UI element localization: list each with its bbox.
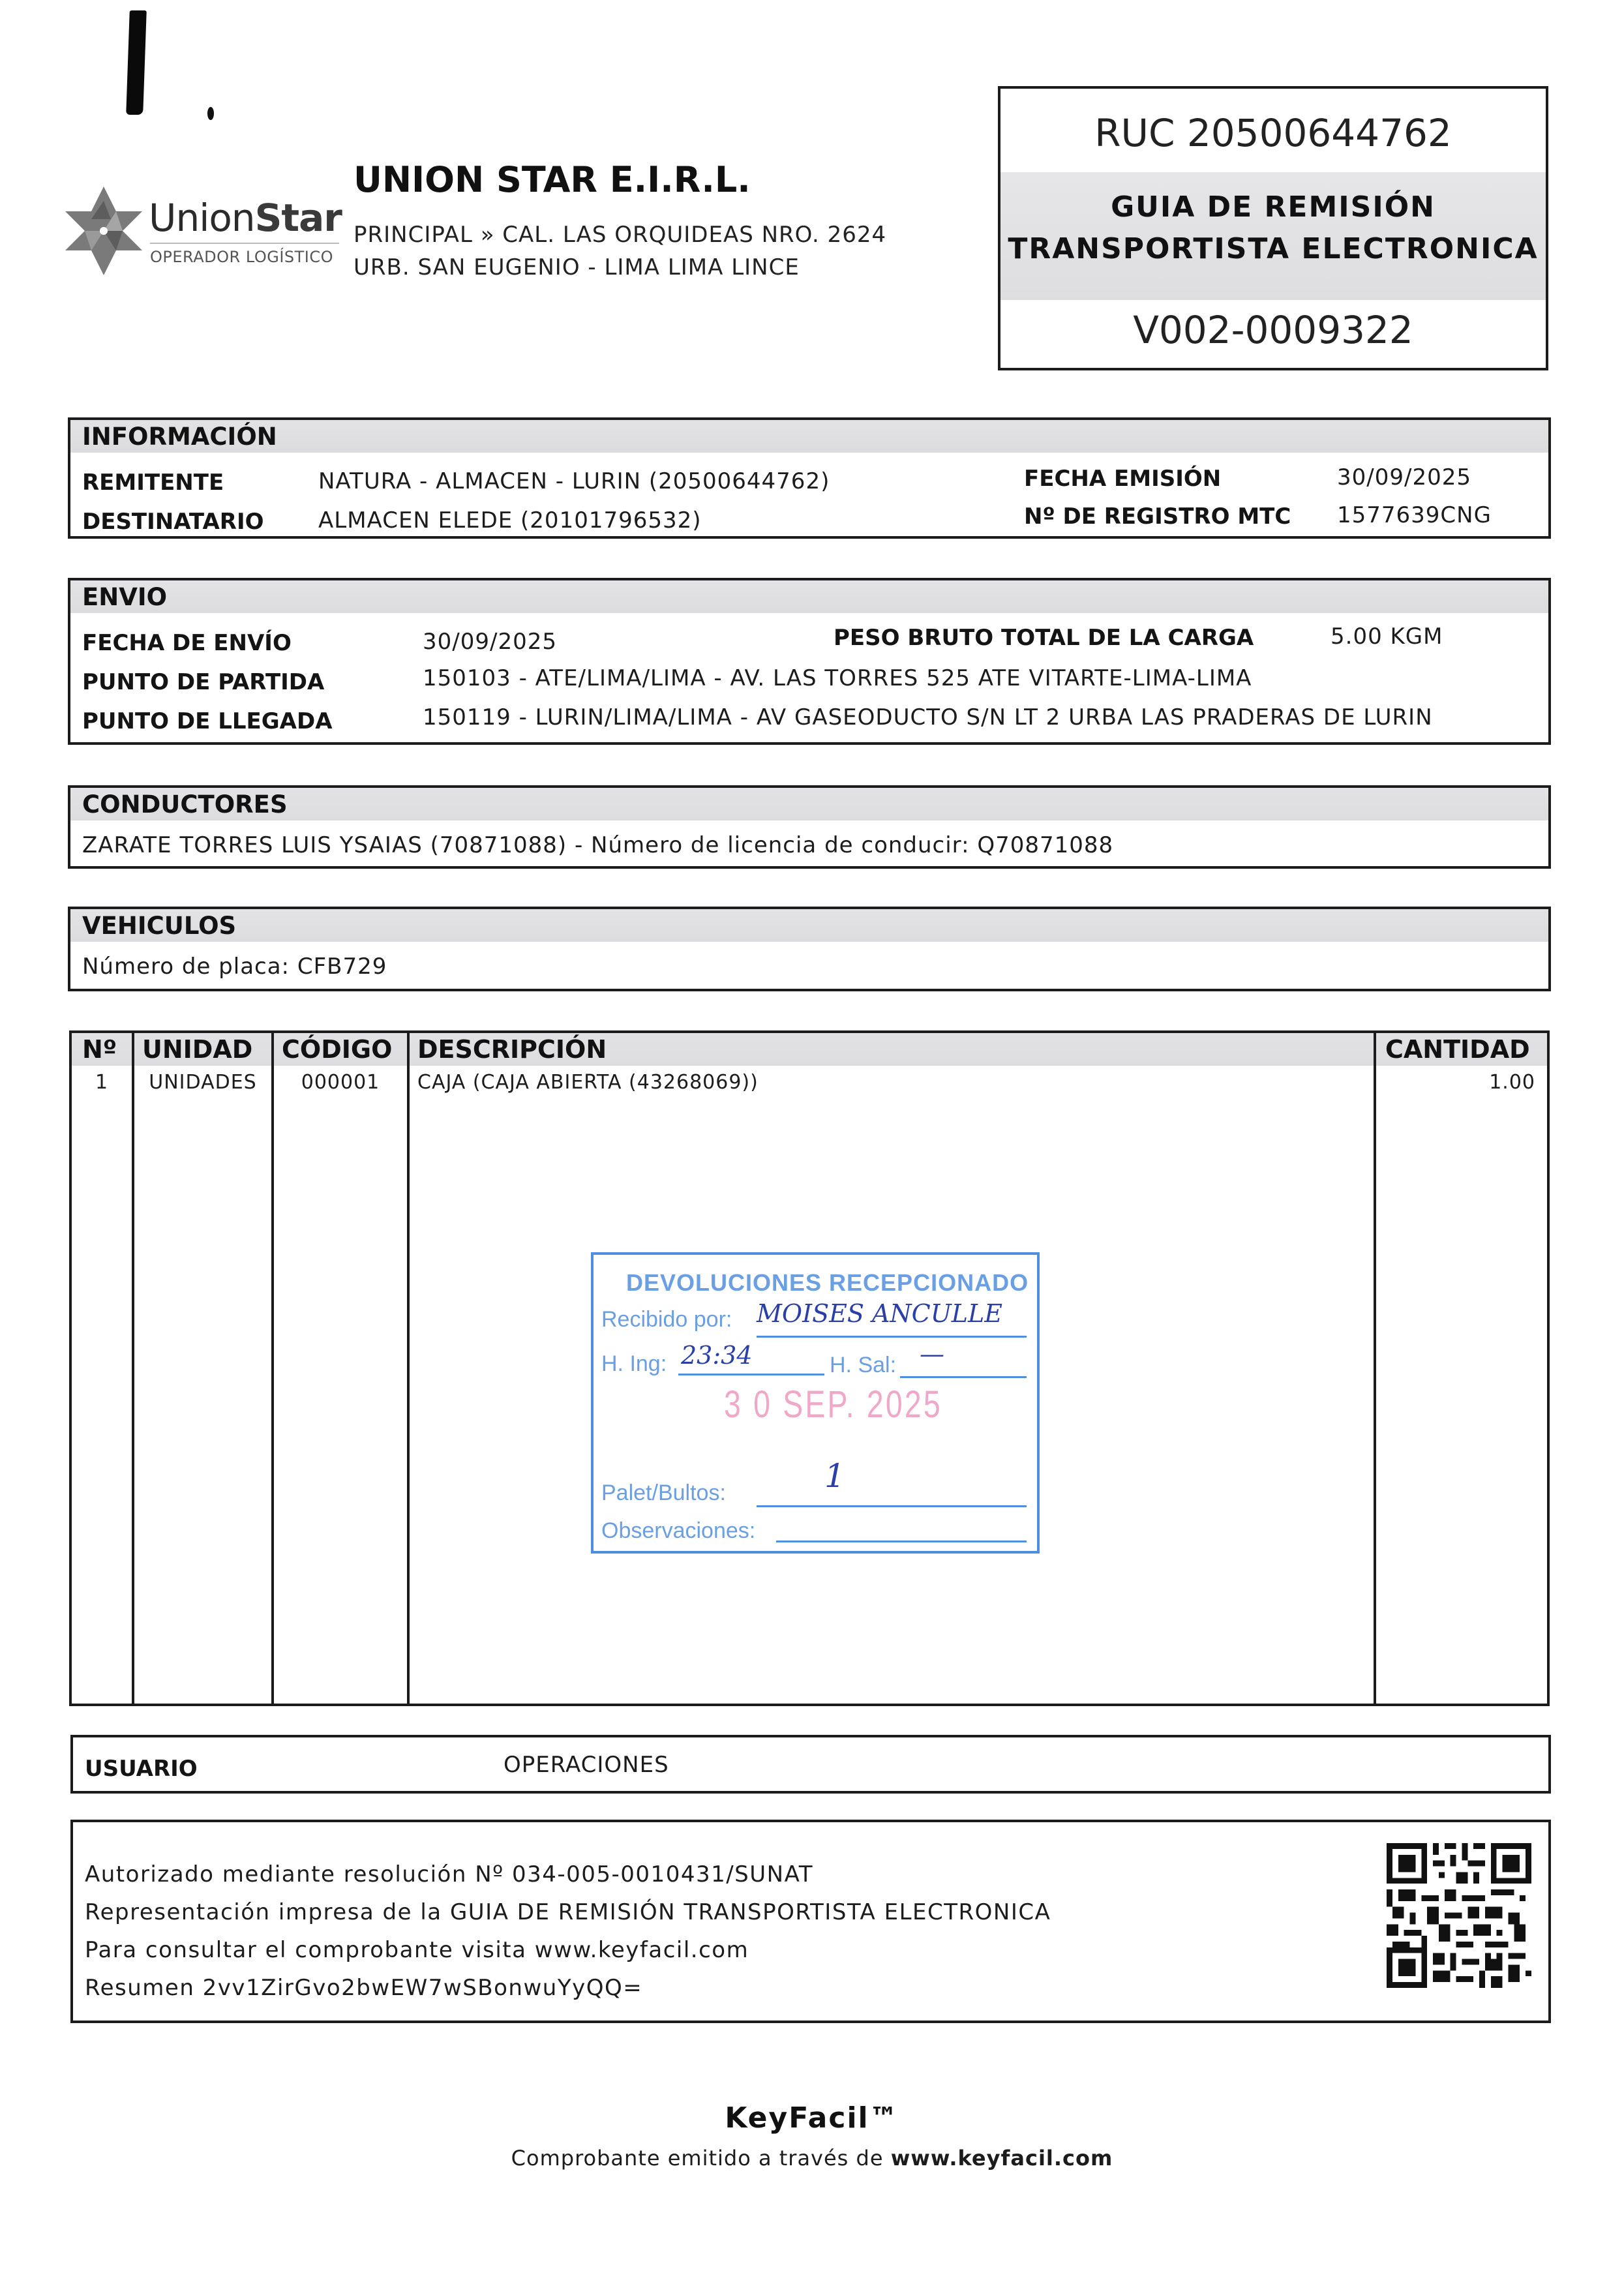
address-line-1: PRINCIPAL » CAL. LAS ORQUIDEAS NRO. 2624: [353, 218, 886, 251]
informacion-section: INFORMACIÓN REMITENTE NATURA - ALMACEN -…: [68, 417, 1551, 539]
column-divider: [1374, 1033, 1376, 1704]
fecha-envio-value: 30/09/2025: [423, 629, 557, 655]
legal-consult: Para consultar el comprobante visita www…: [85, 1937, 749, 1963]
document-id-box: RUC 20500644762 GUIA DE REMISIÓN TRANSPO…: [998, 86, 1548, 370]
placa-line: Número de placa: CFB729: [82, 954, 387, 980]
emitted-prefix: Comprobante emitido a través de: [511, 2146, 891, 2171]
document-title: GUIA DE REMISIÓN TRANSPORTISTA ELECTRONI…: [1000, 187, 1546, 270]
logo-wordmark-light: Union: [149, 196, 255, 240]
fecha-emision-label: FECHA EMISIÓN: [1024, 466, 1221, 492]
fecha-emision-value: 30/09/2025: [1337, 464, 1471, 490]
usuario-label: USUARIO: [85, 1756, 198, 1782]
column-divider: [407, 1033, 410, 1704]
stamp-hing-value: 23:34: [681, 1341, 753, 1370]
reception-stamp: DEVOLUCIONES RECEPCIONADO Recibido por: …: [591, 1252, 1040, 1554]
stamp-bultos-label: Palet/Bultos:: [601, 1480, 726, 1506]
keyfacil-brand: KeyFacil™: [0, 2101, 1624, 2135]
logo-tagline: OPERADOR LOGÍSTICO: [150, 248, 333, 266]
partida-label: PUNTO DE PARTIDA: [82, 669, 324, 695]
stamp-underline: [900, 1376, 1027, 1378]
envio-header: ENVIO: [70, 580, 1548, 613]
cell-codigo: 000001: [274, 1071, 407, 1094]
qr-code-icon[interactable]: [1387, 1843, 1531, 1988]
fecha-envio-label: FECHA DE ENVÍO: [82, 630, 292, 656]
stamp-underline: [678, 1374, 824, 1375]
stamp-hsal-label: H. Sal:: [830, 1353, 896, 1378]
stamp-date: 3 0 SEP. 2025: [724, 1383, 942, 1426]
stamp-recibido-label: Recibido por:: [601, 1307, 732, 1332]
usuario-section: USUARIO OPERACIONES: [70, 1735, 1551, 1794]
header-n: Nº: [82, 1033, 117, 1066]
envio-section: ENVIO FECHA DE ENVÍO 30/09/2025 PESO BRU…: [68, 578, 1551, 745]
destinatario-value: ALMACEN ELEDE (20101796532): [318, 507, 702, 533]
company-name: UNION STAR E.I.R.L.: [353, 159, 751, 200]
conductores-section: CONDUCTORES ZARATE TORRES LUIS YSAIAS (7…: [68, 785, 1551, 869]
document-serie: V002-0009322: [1000, 308, 1546, 352]
scan-mark: [207, 107, 214, 120]
legal-section: Autorizado mediante resolución Nº 034-00…: [70, 1820, 1551, 2023]
address-line-2: URB. SAN EUGENIO - LIMA LIMA LINCE: [353, 251, 886, 284]
header-unidad: UNIDAD: [142, 1033, 252, 1066]
star-logo-icon: [65, 187, 142, 275]
vehiculos-header: VEHICULOS: [70, 909, 1548, 942]
partida-value: 150103 - ATE/LIMA/LIMA - AV. LAS TORRES …: [423, 665, 1252, 691]
destinatario-label: DESTINATARIO: [82, 509, 264, 535]
peso-value: 5.00 KGM: [1331, 624, 1443, 650]
cell-unidad: UNIDADES: [134, 1071, 271, 1094]
informacion-header: INFORMACIÓN: [70, 420, 1548, 453]
document-title-line-2: TRANSPORTISTA ELECTRONICA: [1000, 228, 1546, 270]
header-cantidad: CANTIDAD: [1385, 1033, 1530, 1066]
company-address: PRINCIPAL » CAL. LAS ORQUIDEAS NRO. 2624…: [353, 218, 886, 284]
stamp-hsal-value: —: [920, 1340, 944, 1368]
scan-mark: [126, 10, 147, 115]
stamp-recibido-value: MOISES ANCULLE: [757, 1299, 1002, 1328]
stamp-obs-label: Observaciones:: [601, 1518, 755, 1544]
company-logo: UnionStar OPERADOR LOGÍSTICO: [65, 187, 339, 278]
stamp-underline: [757, 1336, 1027, 1338]
stamp-underline: [776, 1540, 1027, 1542]
header-descripcion: DESCRIPCIÓN: [417, 1033, 607, 1066]
legal-resumen: Resumen 2vv1ZirGvo2bwEW7wSBonwuYyQQ=: [85, 1975, 642, 2001]
column-divider: [271, 1033, 274, 1704]
logo-wordmark-bold: Star: [255, 196, 342, 240]
cell-n: 1: [72, 1071, 132, 1094]
header-codigo: CÓDIGO: [282, 1033, 392, 1066]
cell-descripcion: CAJA (CAJA ABIERTA (43268069)): [417, 1071, 759, 1094]
llegada-label: PUNTO DE LLEGADA: [82, 708, 333, 734]
stamp-bultos-value: 1: [824, 1457, 845, 1495]
legal-resolution: Autorizado mediante resolución Nº 034-00…: [85, 1861, 813, 1887]
registro-mtc-value: 1577639CNG: [1337, 502, 1492, 528]
logo-wordmark: UnionStar: [149, 196, 342, 240]
remitente-label: REMITENTE: [82, 470, 224, 496]
vehiculos-section: VEHICULOS Número de placa: CFB729: [68, 907, 1551, 991]
document-title-line-1: GUIA DE REMISIÓN: [1000, 187, 1546, 228]
ruc-number: RUC 20500644762: [1000, 111, 1546, 155]
legal-representation: Representación impresa de la GUIA DE REM…: [85, 1899, 1051, 1925]
peso-label: PESO BRUTO TOTAL DE LA CARGA: [834, 625, 1254, 651]
logo-divider: [150, 243, 339, 244]
registro-mtc-label: Nº DE REGISTRO MTC: [1024, 503, 1291, 530]
column-divider: [132, 1033, 134, 1704]
cell-cantidad: 1.00: [1489, 1071, 1535, 1094]
llegada-value: 150119 - LURIN/LIMA/LIMA - AV GASEODUCTO…: [423, 704, 1433, 730]
remitente-value: NATURA - ALMACEN - LURIN (20500644762): [318, 468, 830, 494]
stamp-underline: [757, 1505, 1027, 1507]
keyfacil-link[interactable]: www.keyfacil.com: [891, 2146, 1113, 2171]
stamp-hing-label: H. Ing:: [601, 1351, 667, 1377]
usuario-value: OPERACIONES: [504, 1752, 669, 1778]
stamp-title: DEVOLUCIONES RECEPCIONADO: [626, 1269, 1029, 1297]
conductor-line: ZARATE TORRES LUIS YSAIAS (70871088) - N…: [82, 832, 1113, 858]
emitted-via: Comprobante emitido a través de www.keyf…: [0, 2146, 1624, 2171]
conductores-header: CONDUCTORES: [70, 788, 1548, 820]
